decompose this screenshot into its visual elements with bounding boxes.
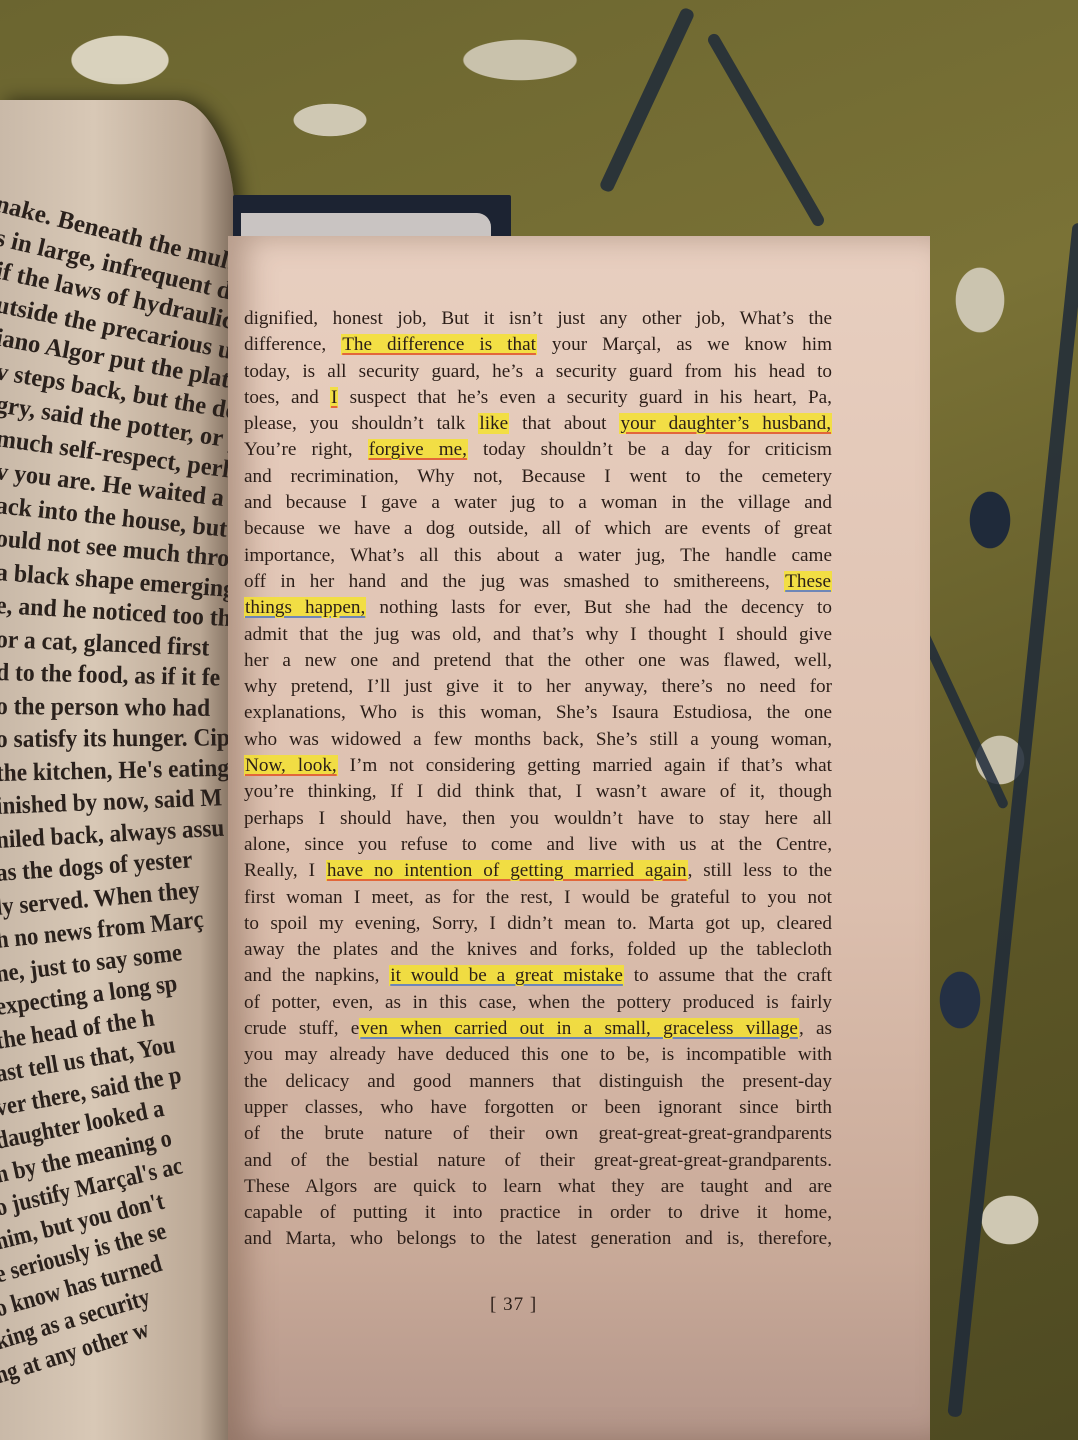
text-segment: the delicacy and good manners that disti… [244, 1071, 832, 1092]
highlighted-phrase: Now, look, [244, 755, 338, 776]
text-segment: today, is all security guard, he’s a sec… [244, 361, 832, 382]
text-line: why pretend, I’ll just give it to her an… [244, 674, 832, 700]
highlighted-phrase: have no intention of getting married aga… [326, 860, 688, 881]
text-line: and recrimination, Why not, Because I we… [244, 464, 832, 490]
text-segment: and Marta, who belongs to the latest gen… [244, 1228, 832, 1249]
text-segment: crude stuff, e [244, 1018, 359, 1039]
right-page: dignified, honest job, But it isn’t just… [228, 236, 930, 1440]
text-segment: please, you shouldn’t talk [244, 413, 478, 434]
highlighted-phrase: things happen, [244, 597, 366, 618]
text-line: you’re thinking, If I did think that, I … [244, 779, 832, 805]
text-segment: nothing lasts for ever, But she had the … [366, 597, 832, 618]
text-segment: because we have a dog outside, all of wh… [244, 518, 832, 539]
text-segment: you may already have deduced this one to… [244, 1044, 832, 1065]
text-segment: who was widowed a few months back, She’s… [244, 729, 832, 750]
text-segment: first woman I meet, as for the rest, I w… [244, 887, 832, 908]
text-line: off in her hand and the jug was smashed … [244, 569, 832, 595]
text-segment: away the plates and the knives and forks… [244, 939, 832, 960]
text-line: Now, look, I’m not considering getting m… [244, 753, 832, 779]
text-line: These Algors are quick to learn what the… [244, 1174, 832, 1200]
text-segment: and the napkins, [244, 965, 389, 986]
text-segment: Really, I [244, 860, 326, 881]
text-line: Really, I have no intention of getting m… [244, 858, 832, 884]
text-line: perhaps I should have, then you wouldn’t… [244, 806, 832, 832]
text-line: first woman I meet, as for the rest, I w… [244, 885, 832, 911]
text-segment: admit that the jug was old, and that’s w… [244, 624, 832, 645]
text-line: to spoil my evening, Sorry, I didn’t mea… [244, 911, 832, 937]
highlighted-phrase: it would be a great mistake [389, 965, 624, 986]
text-line: of the brute nature of their own great-g… [244, 1121, 832, 1147]
text-segment: perhaps I should have, then you wouldn’t… [244, 808, 832, 829]
left-page-line: or a cat, glanced first [0, 626, 210, 663]
text-segment: why pretend, I’ll just give it to her an… [244, 676, 832, 697]
text-line: please, you shouldn’t talk like that abo… [244, 411, 832, 437]
text-line: and Marta, who belongs to the latest gen… [244, 1226, 832, 1252]
text-line: away the plates and the knives and forks… [244, 937, 832, 963]
highlighted-phrase: The difference is that [341, 334, 537, 355]
text-line: toes, and I suspect that he’s even a sec… [244, 385, 832, 411]
text-segment: to spoil my evening, Sorry, I didn’t mea… [244, 913, 832, 934]
highlighted-phrase: like [478, 413, 509, 434]
text-segment: her a new one and pretend that the other… [244, 650, 832, 671]
highlighted-phrase: ven when carried out in a small, gracele… [359, 1018, 799, 1039]
highlighted-phrase: forgive me, [368, 439, 468, 460]
text-line: because we have a dog outside, all of wh… [244, 516, 832, 542]
text-line: alone, since you refuse to come and live… [244, 832, 832, 858]
text-segment: dignified, honest job, But it isn’t just… [244, 308, 832, 329]
text-line: dignified, honest job, But it isn’t just… [244, 306, 832, 332]
text-line: You’re right, forgive me, today shouldn’… [244, 437, 832, 463]
text-segment: you’re thinking, If I did think that, I … [244, 781, 832, 802]
text-line: crude stuff, even when carried out in a … [244, 1016, 832, 1042]
text-line: and the napkins, it would be a great mis… [244, 963, 832, 989]
text-line: upper classes, who have forgotten or bee… [244, 1095, 832, 1121]
text-segment: I’m not considering getting married agai… [338, 755, 832, 776]
text-segment: that about [509, 413, 619, 434]
page-number: [ 37 ] [490, 1294, 537, 1316]
text-segment: alone, since you refuse to come and live… [244, 834, 832, 855]
highlighted-phrase: your daughter’s husband, [619, 413, 832, 434]
text-segment: You’re right, [244, 439, 368, 460]
text-line: explanations, Who is this woman, She’s I… [244, 700, 832, 726]
text-segment: capable of putting it into practice in o… [244, 1202, 832, 1223]
text-line: importance, What’s all this about a wate… [244, 543, 832, 569]
left-page-line: d to the food, as if it fe [0, 659, 220, 692]
text-line: admit that the jug was old, and that’s w… [244, 622, 832, 648]
text-line: and of the bestial nature of their great… [244, 1148, 832, 1174]
left-page: nake. Beneath the mulbes in large, infre… [0, 100, 235, 1440]
text-segment: , still less to the [688, 860, 832, 881]
text-segment: to assume that the craft [624, 965, 832, 986]
highlighted-phrase: These [784, 571, 832, 592]
text-segment: difference, [244, 334, 341, 355]
text-segment: , as [799, 1018, 832, 1039]
text-line: and because I gave a water jug to a woma… [244, 490, 832, 516]
text-segment: and of the bestial nature of their great… [244, 1150, 832, 1171]
text-segment: importance, What’s all this about a wate… [244, 545, 832, 566]
left-page-line: o the person who had [0, 693, 210, 723]
text-segment: today shouldn’t be a day for criticism [468, 439, 832, 460]
text-line: difference, The difference is that your … [244, 332, 832, 358]
text-line: who was widowed a few months back, She’s… [244, 727, 832, 753]
text-segment: of potter, even, as in this case, when t… [244, 992, 832, 1013]
text-segment: of the brute nature of their own great-g… [244, 1123, 832, 1144]
text-segment: upper classes, who have forgotten or bee… [244, 1097, 832, 1118]
text-segment: and recrimination, Why not, Because I we… [244, 466, 832, 487]
text-line: the delicacy and good manners that disti… [244, 1069, 832, 1095]
text-segment: and because I gave a water jug to a woma… [244, 492, 832, 513]
text-segment: toes, and [244, 387, 330, 408]
text-segment: your Marçal, as we know him [537, 334, 832, 355]
text-segment: off in her hand and the jug was smashed … [244, 571, 784, 592]
text-line: things happen, nothing lasts for ever, B… [244, 595, 832, 621]
text-line: you may already have deduced this one to… [244, 1042, 832, 1068]
text-segment: suspect that he’s even a security guard … [338, 387, 832, 408]
text-line: of potter, even, as in this case, when t… [244, 990, 832, 1016]
left-page-line: the kitchen, He's eating [0, 754, 229, 787]
left-page-line: o satisfy its hunger. Cip [0, 724, 230, 754]
text-segment: explanations, Who is this woman, She’s I… [244, 702, 832, 723]
text-line: her a new one and pretend that the other… [244, 648, 832, 674]
page-text: dignified, honest job, But it isn’t just… [244, 306, 832, 1253]
text-line: capable of putting it into practice in o… [244, 1200, 832, 1226]
text-line: today, is all security guard, he’s a sec… [244, 359, 832, 385]
text-segment: These Algors are quick to learn what the… [244, 1176, 832, 1197]
